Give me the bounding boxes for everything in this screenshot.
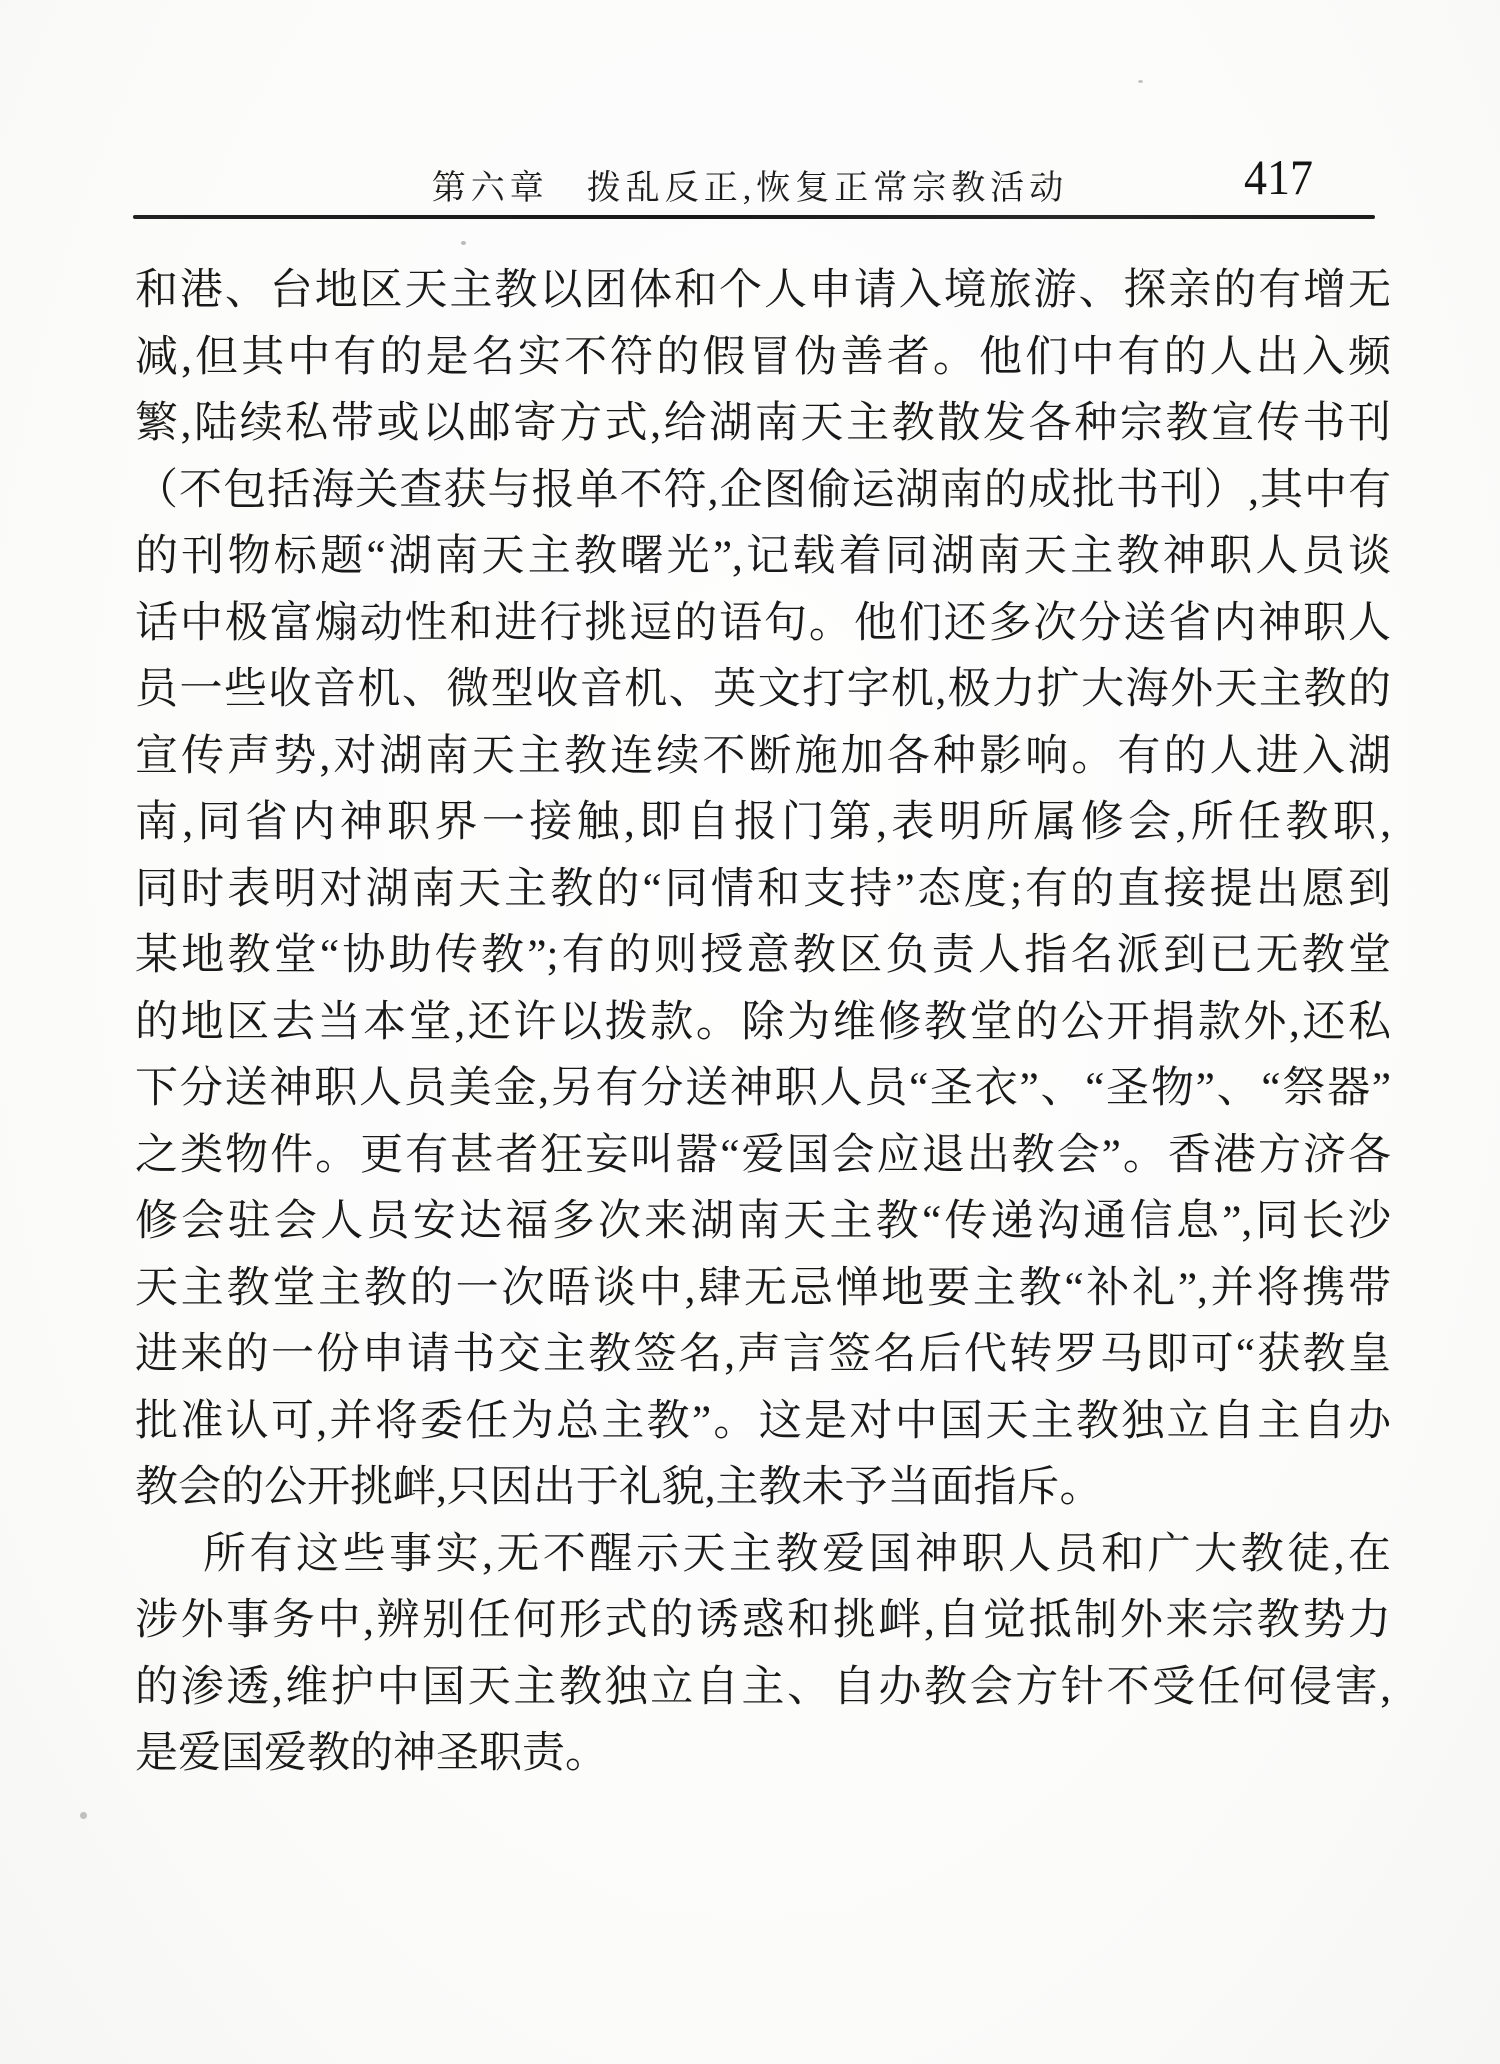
body-line: 教会的公开挑衅,只因出于礼貌,主教未予当面指斥。 <box>135 1455 1391 1522</box>
chapter-title-text: 拨乱反正,恢复正常宗教活动 <box>587 170 1069 207</box>
scanned-book-page: 第六章拨乱反正,恢复正常宗教活动 417 和港、台地区天主教以团体和个人申请入境… <box>0 0 1500 2064</box>
body-line: 所有这些事实,无不醒示天主教爱国神职人员和广大教徒,在 <box>135 1522 1391 1589</box>
body-line: 同时表明对湖南天主教的“同情和支持”态度;有的直接提出愿到 <box>135 857 1391 924</box>
body-line: 进来的一份申请书交主教签名,声言签名后代转罗马即可“获教皇 <box>135 1322 1391 1389</box>
scan-speck <box>80 1812 87 1819</box>
header-divider-rule <box>133 215 1375 219</box>
chapter-number-label: 第六章 <box>432 170 549 207</box>
body-line: 天主教堂主教的一次晤谈中,肆无忌惮地要主教“补礼”,并将携带 <box>135 1256 1391 1323</box>
page-number: 417 <box>1244 148 1313 206</box>
body-line: 某地教堂“协助传教”;有的则授意教区负责人指名派到已无教堂 <box>135 923 1391 990</box>
body-line: 宣传声势,对湖南天主教连续不断施加各种影响。有的人进入湖 <box>135 724 1391 791</box>
body-line: 的渗透,维护中国天主教独立自主、自办教会方针不受任何侵害, <box>135 1655 1391 1722</box>
body-line: 的地区去当本堂,还许以拨款。除为维修教堂的公开捐款外,还私 <box>135 990 1391 1057</box>
body-line: 之类物件。更有甚者狂妄叫嚣“爱国会应退出教会”。香港方济各 <box>135 1123 1391 1190</box>
body-line: 员一些收音机、微型收音机、英文打字机,极力扩大海外天主教的 <box>135 657 1391 724</box>
body-line: 和港、台地区天主教以团体和个人申请入境旅游、探亲的有增无 <box>135 258 1391 325</box>
body-line: 修会驻会人员安达福多次来湖南天主教“传递沟通信息”,同长沙 <box>135 1189 1391 1256</box>
body-line: 减,但其中有的是名实不符的假冒伪善者。他们中有的人出入频 <box>135 325 1391 392</box>
body-line: 涉外事务中,辨别任何形式的诱惑和挑衅,自觉抵制外来宗教势力 <box>135 1588 1391 1655</box>
scan-speck <box>461 241 466 245</box>
body-line: 下分送神职人员美金,另有分送神职人员“圣衣”、“圣物”、“祭器” <box>135 1056 1391 1123</box>
scan-speck <box>1138 80 1143 83</box>
body-line: 繁,陆续私带或以邮寄方式,给湖南天主教散发各种宗教宣传书刊 <box>135 391 1391 458</box>
body-line: 批准认可,并将委任为总主教”。这是对中国天主教独立自主自办 <box>135 1389 1391 1456</box>
body-line: 话中极富煽动性和进行挑逗的语句。他们还多次分送省内神职人 <box>135 591 1391 658</box>
body-line: 的刊物标题“湖南天主教曙光”,记载着同湖南天主教神职人员谈 <box>135 524 1391 591</box>
body-line: 是爱国爱教的神圣职责。 <box>135 1721 1391 1788</box>
body-line: （不包括海关查获与报单不符,企图偷运湖南的成批书刊）,其中有 <box>135 458 1391 525</box>
body-line: 南,同省内神职界一接触,即自报门第,表明所属修会,所任教职, <box>135 790 1391 857</box>
body-text-block: 和港、台地区天主教以团体和个人申请入境旅游、探亲的有增无减,但其中有的是名实不符… <box>135 258 1391 1788</box>
